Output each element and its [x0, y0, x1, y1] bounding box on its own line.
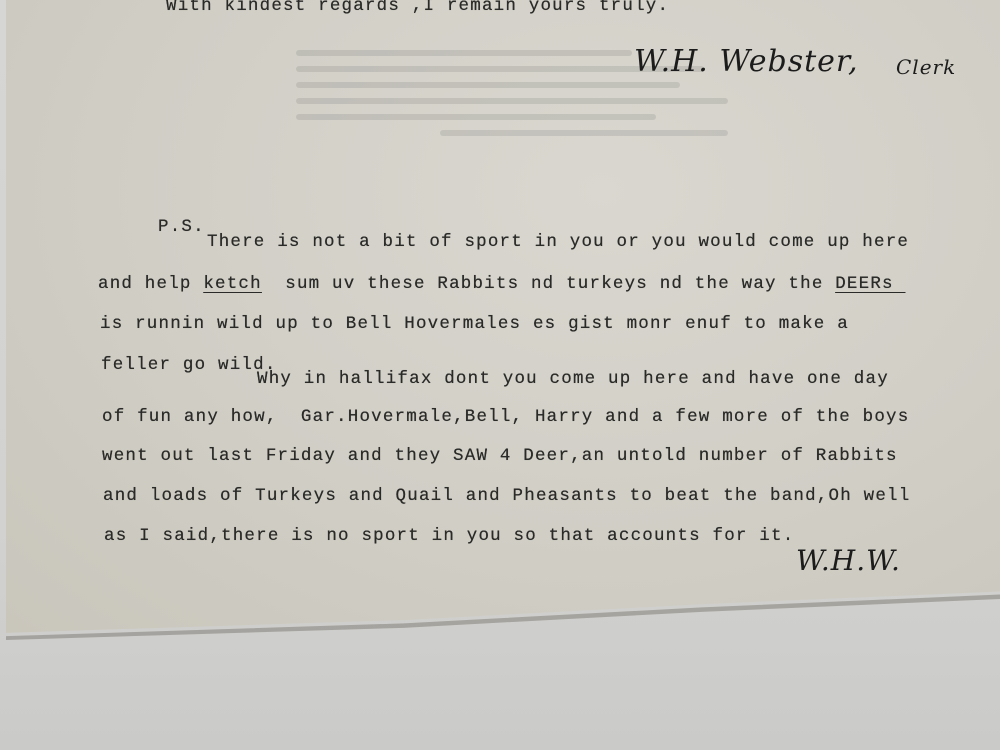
- ps-line-7: went out last Friday and they SAW 4 Deer…: [102, 446, 898, 466]
- ps-line-9: as I said,there is no sport in you so th…: [104, 526, 794, 546]
- closing-line: With kindest regards ,I remain yours tru…: [166, 0, 669, 16]
- signature-name: W.H. Webster,: [634, 44, 859, 79]
- ps-line-1: There is not a bit of sport in you or yo…: [207, 232, 909, 252]
- initials-signature: W.H.W.: [796, 544, 901, 577]
- underlined-word-ketch: ketch: [203, 274, 262, 294]
- ps-line-6: of fun any how, Gar.Hovermale,Bell, Harr…: [102, 407, 909, 427]
- ps-line-2-part-b: sum uv these Rabbits nd turkeys nd the w…: [262, 274, 835, 294]
- ps-line-2: and help ketch sum uv these Rabbits nd t…: [98, 274, 905, 294]
- ps-line-5: Why in hallifax dont you come up here an…: [257, 369, 889, 389]
- ps-line-4: feller go wild.: [101, 355, 277, 375]
- ps-line-8: and loads of Turkeys and Quail and Pheas…: [103, 486, 910, 506]
- underlined-word-deers: DEERs: [835, 274, 905, 294]
- ps-line-3: is runnin wild up to Bell Hovermales es …: [100, 314, 849, 334]
- postscript-label: P.S.: [158, 217, 205, 237]
- ps-line-2-part-a: and help: [98, 274, 203, 294]
- signature-title: Clerk: [896, 55, 956, 79]
